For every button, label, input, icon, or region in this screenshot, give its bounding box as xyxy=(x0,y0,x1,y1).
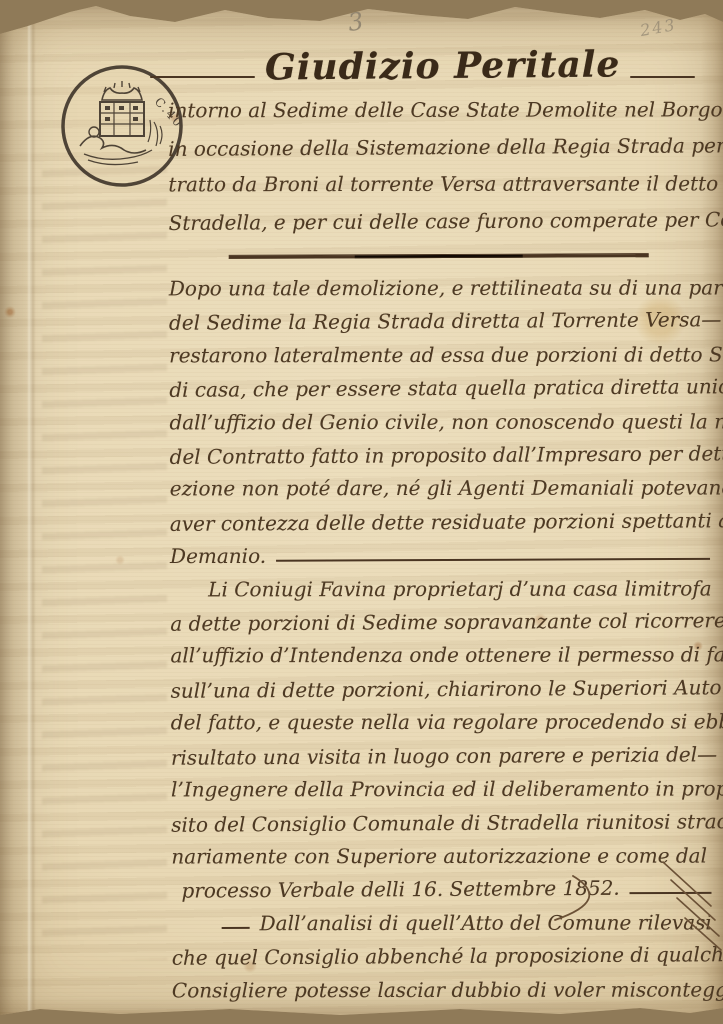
trailing-ink-rule xyxy=(276,558,710,562)
manuscript-line: all’uffizio d’Intendenza onde ottenere i… xyxy=(170,639,723,674)
manuscript-line: Dopo una tale demolizione, e rettilineat… xyxy=(169,271,723,305)
manuscript-line: sito del Consiglio Comunale di Stradella… xyxy=(171,804,723,841)
manuscript-line: del Sedime la Regia Strada diretta al To… xyxy=(169,304,722,341)
page-title: Giudizio Peritale xyxy=(265,42,621,89)
pen-flourish-icon xyxy=(543,854,723,984)
manuscript-line: Demanio. xyxy=(170,540,266,574)
title-right-rule xyxy=(630,76,695,78)
manuscript-line: del Contratto fatto in proposito dall’Im… xyxy=(169,437,723,475)
manuscript-line: sull’una di dette porzioni, chiarirono l… xyxy=(171,671,723,708)
paragraph-preamble: intorno al Sedime delle Case State Demol… xyxy=(168,91,709,241)
title-left-rule xyxy=(150,76,255,78)
manuscript-line: a dette porzioni di Sedime sopravanzante… xyxy=(170,604,723,641)
manuscript-line: restarono lateralmente ad essa due porzi… xyxy=(169,338,723,372)
verso-bleedthrough xyxy=(42,150,167,960)
manuscript-line: aver contezza delle dette residuate porz… xyxy=(170,504,723,541)
manuscript-line: risultato una visita in luogo con parere… xyxy=(171,738,717,775)
leading-ink-dash xyxy=(222,927,250,929)
manuscript-line: Li Coniugi Favina proprietarj d’una casa… xyxy=(208,572,712,606)
manuscript-line: tratto da Broni al torrente Versa attrav… xyxy=(168,165,723,203)
manuscript-line: dall’uffizio del Genio civile, non conos… xyxy=(169,405,723,439)
manuscript-line: in occasione della Sistemazione della Re… xyxy=(168,126,723,167)
section-divider xyxy=(169,239,709,273)
manuscript-line: intorno al Sedime delle Case State Demol… xyxy=(168,91,723,129)
document-title-row: Giudizio Peritale xyxy=(150,44,695,88)
manuscript-line: del fatto, e queste nella via regolare p… xyxy=(171,706,723,740)
paragraph-demolition: Dopo una tale demolizione, e rettilineat… xyxy=(169,271,710,574)
manuscript-line: ezione non poté dare, né gli Agenti Dema… xyxy=(170,472,723,506)
manuscript-line: Stradella, e per cui delle case furono c… xyxy=(168,200,723,242)
manuscript-line: di casa, che per essere stata quella pra… xyxy=(169,370,723,408)
manuscript-line: l’Ingegnere della Provincia ed il delibe… xyxy=(171,773,723,807)
